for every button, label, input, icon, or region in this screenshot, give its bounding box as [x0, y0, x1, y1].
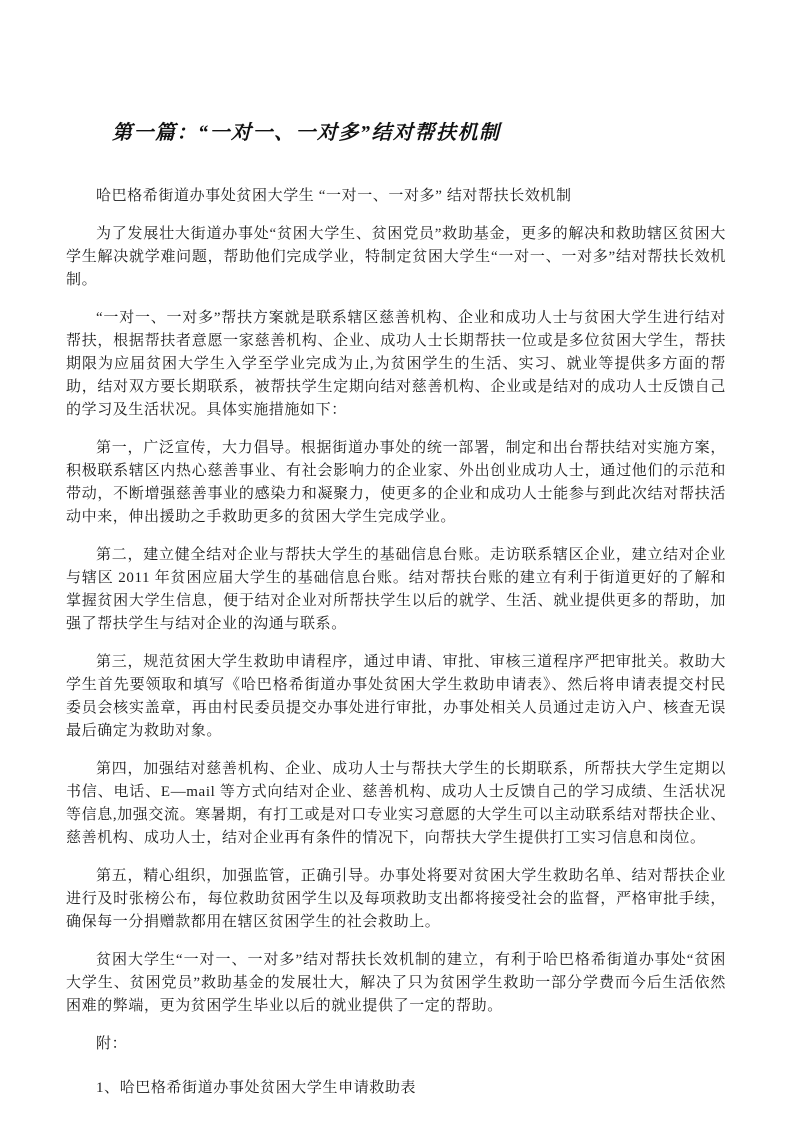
- document-body: 哈巴格希街道办事处贫困大学生 “一对一、一对多” 结对帮扶长效机制 为了发展壮大…: [66, 185, 726, 1100]
- paragraph-measure-1: 第一，广泛宣传，大力倡导。根据街道办事处的统一部署，制定和出台帮扶结对实施方案，…: [66, 437, 726, 529]
- document-heading: 第一篇：“一对一、一对多”结对帮扶机制: [66, 116, 726, 145]
- paragraph-intro: 为了发展壮大街道办事处“贫困大学生、贫困党员”救助基金，更多的解决和救助辖区贫困…: [66, 223, 726, 292]
- paragraph-measure-3: 第三，规范贫困大学生救助申请程序，通过申请、审批、审核三道程序严把审批关。救助大…: [66, 651, 726, 743]
- paragraph-measure-4: 第四，加强结对慈善机构、企业、成功人士与帮扶大学生的长期联系，所帮扶大学生定期以…: [66, 758, 726, 850]
- paragraph-subtitle: 哈巴格希街道办事处贫困大学生 “一对一、一对多” 结对帮扶长效机制: [66, 185, 726, 208]
- attachment-item-1: 1、哈巴格希街道办事处贫困大学生申请救助表: [66, 1077, 726, 1100]
- document-page: 第一篇：“一对一、一对多”结对帮扶机制 哈巴格希街道办事处贫困大学生 “一对一、…: [0, 0, 800, 1132]
- paragraph-conclusion: 贫困大学生“一对一、一对多”结对帮扶长效机制的建立，有利于哈巴格希街道办事处“贫…: [66, 949, 726, 1018]
- attachment-label: 附：: [66, 1033, 726, 1056]
- paragraph-plan-overview: “一对一、一对多”帮扶方案就是联系辖区慈善机构、企业和成功人士与贫困大学生进行结…: [66, 307, 726, 422]
- paragraph-measure-5: 第五，精心组织，加强监管，正确引导。办事处将要对贫困大学生救助名单、结对帮扶企业…: [66, 865, 726, 934]
- paragraph-measure-2: 第二，建立健全结对企业与帮扶大学生的基础信息台账。走访联系辖区企业，建立结对企业…: [66, 544, 726, 636]
